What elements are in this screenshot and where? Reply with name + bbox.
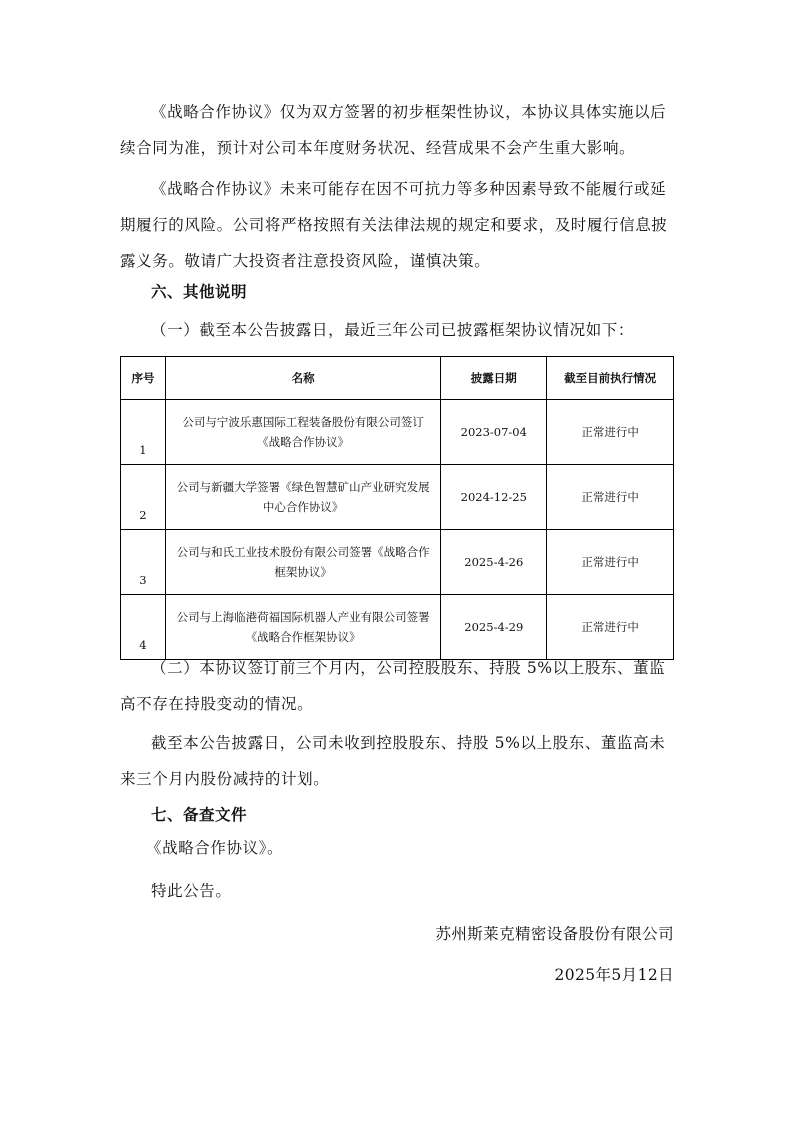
row-status: 正常进行中	[547, 400, 674, 465]
paragraph-reduction-plans: 截至本公告披露日，公司未收到控股股东、持股 5%以上股东、董监高未来三个月内股份…	[120, 725, 674, 797]
header-date: 披露日期	[441, 357, 547, 400]
row-no: 1	[121, 400, 166, 465]
row-name: 公司与和氏工业技术股份有限公司签署《战略合作框架协议》	[165, 530, 440, 595]
row-name: 公司与新疆大学签署《绿色智慧矿山产业研究发展中心合作协议》	[165, 465, 440, 530]
paragraph-table-intro: （一）截至本公告披露日，最近三年公司已披露框架协议情况如下：	[120, 312, 674, 348]
header-name: 名称	[165, 357, 440, 400]
table-header-row: 序号 名称 披露日期 截至目前执行情况	[121, 357, 674, 400]
header-no: 序号	[121, 357, 166, 400]
table-row: 1 公司与宁波乐惠国际工程装备股份有限公司签订《战略合作协议》 2023-07-…	[121, 400, 674, 465]
row-date: 2024-12-25	[441, 465, 547, 530]
row-date: 2023-07-04	[441, 400, 547, 465]
paragraph-risk-warning: 《战略合作协议》未来可能存在因不可抗力等多种因素导致不能履行或延期履行的风险。公…	[120, 171, 674, 279]
table-row: 3 公司与和氏工业技术股份有限公司签署《战略合作框架协议》 2025-4-26 …	[121, 530, 674, 595]
section-heading-reference-docs: 七、备查文件	[151, 803, 247, 825]
reference-document: 《战略合作协议》。	[120, 830, 674, 866]
document-page: 《战略合作协议》仅为双方签署的初步框架性协议，本协议具体实施以后续合同为准，预计…	[0, 0, 794, 1123]
row-status: 正常进行中	[547, 465, 674, 530]
signature-company: 苏州斯莱克精密设备股份有限公司	[435, 922, 674, 944]
closing-statement: 特此公告。	[120, 873, 674, 909]
paragraph-shareholding-changes: （二）本协议签订前三个月内，公司控股股东、持股 5%以上股东、董监高不存在持股变…	[120, 650, 674, 722]
row-status: 正常进行中	[547, 530, 674, 595]
paragraph-agreement-nature: 《战略合作协议》仅为双方签署的初步框架性协议，本协议具体实施以后续合同为准，预计…	[120, 94, 674, 166]
header-status: 截至目前执行情况	[547, 357, 674, 400]
section-heading-other-notes: 六、其他说明	[151, 280, 247, 302]
table-row: 2 公司与新疆大学签署《绿色智慧矿山产业研究发展中心合作协议》 2024-12-…	[121, 465, 674, 530]
framework-agreements-table: 序号 名称 披露日期 截至目前执行情况 1 公司与宁波乐惠国际工程装备股份有限公…	[120, 356, 674, 660]
row-no: 2	[121, 465, 166, 530]
row-no: 3	[121, 530, 166, 595]
signature-date: 2025年5月12日	[554, 963, 674, 985]
row-name: 公司与宁波乐惠国际工程装备股份有限公司签订《战略合作协议》	[165, 400, 440, 465]
row-date: 2025-4-26	[441, 530, 547, 595]
